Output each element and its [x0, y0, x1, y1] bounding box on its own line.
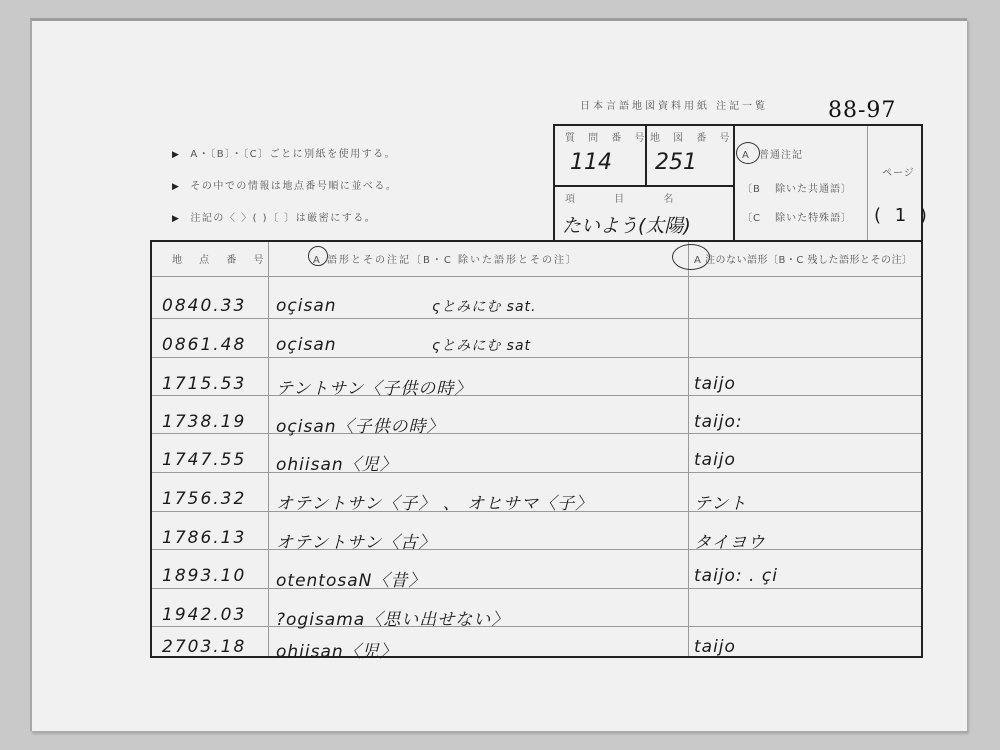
item-name-value: たいよう(太陽)	[562, 211, 691, 238]
row-divider	[152, 395, 921, 396]
annotated-form: ohiisan〈児〉	[276, 637, 398, 662]
annotated-form: ohiisan〈児〉	[276, 450, 398, 475]
column-header-annotated-form: A 語形とその注記〔B・C 除いた語形とその注〕	[313, 251, 578, 266]
row-divider	[152, 433, 921, 434]
map-number-label: 地 図 番 号	[650, 129, 735, 144]
row-divider	[152, 276, 921, 277]
point-number: 0861.48	[162, 335, 246, 355]
option-b: 〔B 除いた共通語〕	[742, 180, 852, 195]
annotated-form: テントサン〈子供の時〉	[276, 374, 472, 399]
annotated-form: オテントサン〈子〉 、 オヒサマ〈子〉	[276, 489, 593, 514]
question-number-label: 質 問 番 号	[565, 129, 650, 144]
row-divider	[152, 357, 921, 358]
point-number: 2703.18	[162, 637, 246, 657]
plain-form: taijo:	[694, 412, 743, 432]
column-header-point-number: 地 点 番 号	[172, 251, 271, 266]
point-number: 0840.33	[162, 296, 246, 316]
annotated-form: oçisan	[276, 335, 337, 355]
row-divider	[152, 318, 921, 319]
row-divider	[152, 549, 921, 550]
column-header-plain-form: A 注のない語形〔B・C 残した語形とその注〕	[694, 251, 913, 266]
map-number-value: 251	[655, 150, 697, 175]
item-name-label: 項 目 名	[565, 190, 691, 205]
instruction-text: 注記の〈 〉( )〔 〕は厳密にする。	[190, 213, 376, 224]
option-c: 〔C 除いた特殊語〕	[742, 209, 852, 224]
instruction-text: A・〔B〕・〔C〕ごとに別紙を使用する。	[190, 149, 396, 160]
annotated-form: oçisan〈子供の時〉	[276, 412, 445, 437]
question-number-value: 114	[570, 150, 612, 175]
row-divider	[152, 626, 921, 627]
option-a: A 普通注記	[742, 146, 803, 161]
point-number: 1738.19	[162, 412, 246, 432]
page-label: ページ	[882, 164, 915, 179]
form-note: ςとみにむ sat	[432, 335, 531, 355]
annotated-form: オテントサン〈古〉	[276, 528, 436, 553]
instruction-1: ▶A・〔B〕・〔C〕ごとに別紙を使用する。	[172, 145, 396, 160]
point-number: 1942.03	[162, 605, 246, 625]
plain-form: テント	[694, 489, 747, 514]
plain-form: タイヨウ	[694, 528, 766, 553]
form-code: 88-97	[828, 98, 896, 123]
plain-form: taijo	[694, 374, 736, 394]
annotated-form: otentosaN〈昔〉	[276, 566, 426, 591]
point-number: 1747.55	[162, 450, 246, 470]
annotated-form: ?ogisama〈思い出せない〉	[276, 605, 509, 630]
row-divider	[152, 472, 921, 473]
triangle-bullet-icon: ▶	[172, 182, 180, 192]
form-note: ςとみにむ sat.	[432, 296, 536, 316]
instruction-2: ▶その中での情報は地点番号順に並べる。	[172, 177, 397, 192]
form-title: 日本言語地図資料用紙 注記一覧	[580, 97, 768, 112]
instruction-3: ▶注記の〈 〉( )〔 〕は厳密にする。	[172, 209, 376, 224]
page-value: ( 1 )	[874, 205, 931, 226]
point-number: 1893.10	[162, 566, 246, 586]
point-number: 1786.13	[162, 528, 246, 548]
plain-form: taijo: . çi	[694, 566, 778, 586]
point-number: 1756.32	[162, 489, 246, 509]
plain-form: taijo	[694, 637, 736, 657]
triangle-bullet-icon: ▶	[172, 150, 180, 160]
annotated-form: oçisan	[276, 296, 337, 316]
row-divider	[152, 588, 921, 589]
point-number: 1715.53	[162, 374, 246, 394]
instruction-text: その中での情報は地点番号順に並べる。	[190, 181, 397, 192]
plain-form: taijo	[694, 450, 736, 470]
triangle-bullet-icon: ▶	[172, 214, 180, 224]
